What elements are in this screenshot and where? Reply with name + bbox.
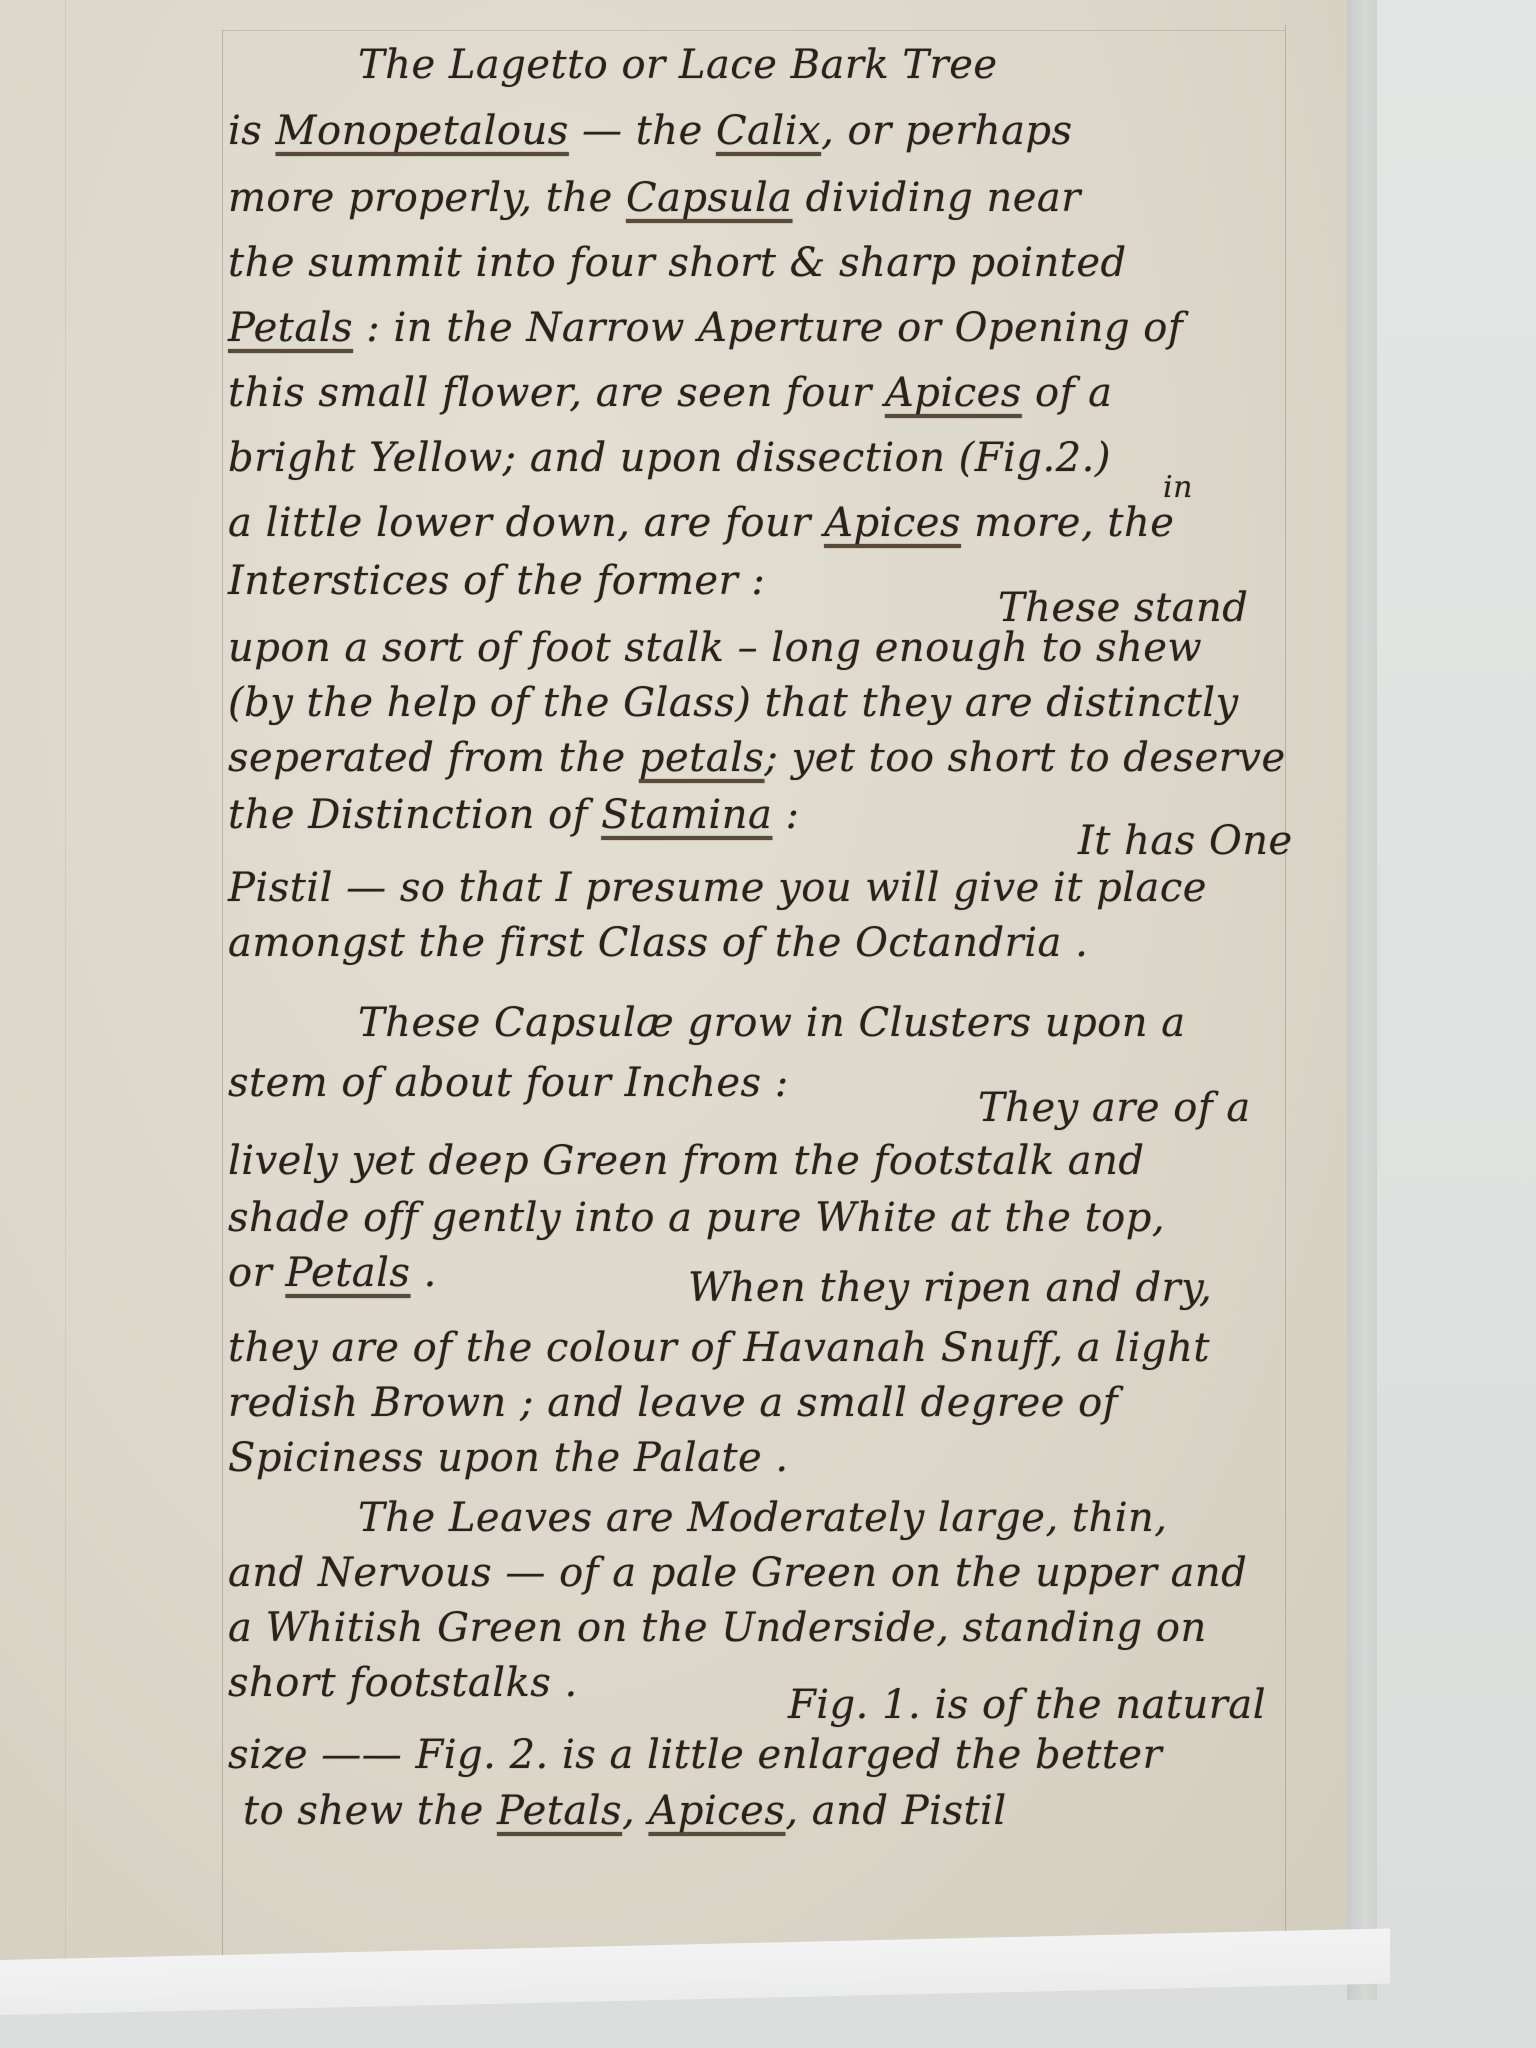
manuscript-line: size —— Fig. 2. is a little enlarged the… bbox=[228, 1732, 1162, 1778]
manuscript-line: upon a sort of foot stalk – long enough … bbox=[228, 625, 1202, 671]
manuscript-line: Petals : in the Narrow Aperture or Openi… bbox=[228, 305, 1183, 351]
manuscript-line: and Nervous — of a pale Green on the upp… bbox=[228, 1550, 1247, 1596]
manuscript-line: in bbox=[1163, 470, 1193, 505]
manuscript-line: is Monopetalous — the Calix, or perhaps bbox=[228, 108, 1073, 154]
manuscript-line: It has One bbox=[1078, 818, 1293, 864]
manuscript-line: a little lower down, are four Apices mor… bbox=[228, 500, 1174, 546]
manuscript-line: shade off gently into a pure White at th… bbox=[228, 1195, 1165, 1241]
manuscript-line: short footstalks . bbox=[228, 1660, 578, 1706]
manuscript-page: The Lagetto or Lace Bark Treeis Monopeta… bbox=[0, 0, 1347, 1975]
manuscript-line: When they ripen and dry, bbox=[688, 1265, 1212, 1311]
margin-rule-top bbox=[222, 30, 1285, 31]
manuscript-line: The Leaves are Moderately large, thin, bbox=[358, 1495, 1168, 1541]
manuscript-line: redish Brown ; and leave a small degree … bbox=[228, 1380, 1118, 1426]
mat-bevel-right bbox=[1347, 0, 1377, 2000]
manuscript-line: the Distinction of Stamina : bbox=[228, 792, 800, 838]
manuscript-line: Spiciness upon the Palate . bbox=[228, 1435, 789, 1481]
manuscript-line: this small flower, are seen four Apices … bbox=[228, 370, 1112, 416]
manuscript-line: seperated from the petals; yet too short… bbox=[228, 735, 1286, 781]
manuscript-line: they are of the colour of Havanah Snuff,… bbox=[228, 1325, 1210, 1371]
manuscript-line: a Whitish Green on the Underside, standi… bbox=[228, 1605, 1207, 1651]
manuscript-line: more properly, the Capsula dividing near bbox=[228, 175, 1081, 221]
manuscript-line: (by the help of the Glass) that they are… bbox=[228, 680, 1239, 726]
manuscript-line: These Capsulæ grow in Clusters upon a bbox=[358, 1000, 1186, 1046]
manuscript-line: to shew the Petals, Apices, and Pistil bbox=[243, 1788, 1007, 1834]
manuscript-line: Pistil — so that I presume you will give… bbox=[228, 865, 1207, 911]
margin-rule-right bbox=[1285, 25, 1286, 1955]
manuscript-line: bright Yellow; and upon dissection (Fig.… bbox=[228, 435, 1111, 481]
manuscript-line: the summit into four short & sharp point… bbox=[228, 240, 1127, 286]
margin-rule-left bbox=[222, 30, 223, 1960]
manuscript-line: or Petals . bbox=[228, 1250, 437, 1296]
manuscript-line: They are of a bbox=[978, 1085, 1251, 1131]
margin-rule-far bbox=[65, 0, 66, 1975]
manuscript-line: Interstices of the former : bbox=[228, 558, 765, 604]
manuscript-line: lively yet deep Green from the footstalk… bbox=[228, 1138, 1145, 1184]
manuscript-line: amongst the first Class of the Octandria… bbox=[228, 920, 1088, 966]
manuscript-line: The Lagetto or Lace Bark Tree bbox=[358, 42, 998, 88]
manuscript-line: stem of about four Inches : bbox=[228, 1060, 789, 1106]
manuscript-line: Fig. 1. is of the natural bbox=[788, 1682, 1266, 1728]
